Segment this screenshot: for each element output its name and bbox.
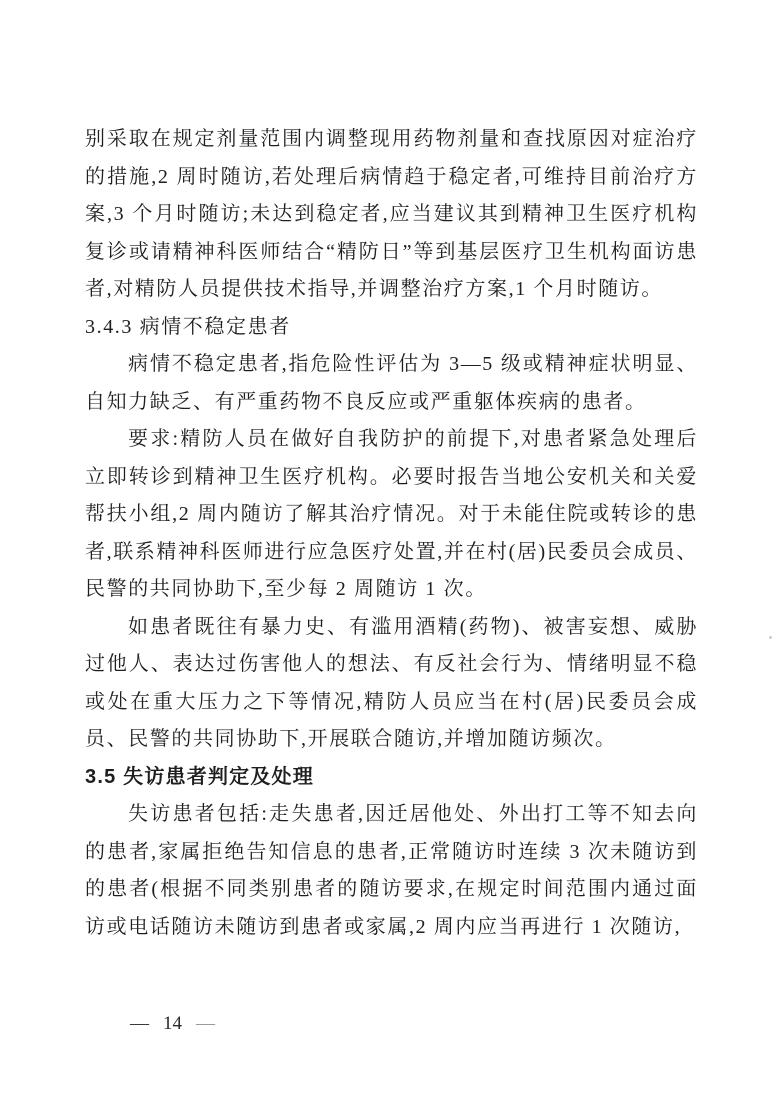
paragraph-treatment-adjustment: 别采取在规定剂量范围内调整现用药物剂量和查找原因对症治疗的措施,2 周时随访,若… <box>85 121 698 309</box>
document-page: 别采取在规定剂量范围内调整现用药物剂量和查找原因对症治疗的措施,2 周时随访,若… <box>0 0 782 1117</box>
paragraph-violence-history: 如患者既往有暴力史、有滥用酒精(药物)、被害妄想、威胁过他人、表达过伤害他人的想… <box>85 609 698 759</box>
section-heading-3-5-lost-patients: 3.5 失访患者判定及处理 <box>85 759 698 797</box>
footer-dash-left: — <box>130 1013 149 1034</box>
page-number: 14 <box>149 1013 196 1034</box>
paragraph-unstable-definition: 病情不稳定患者,指危险性评估为 3—5 级或精神症状明显、自知力缺乏、有严重药物… <box>85 346 698 421</box>
footer-dash-right: — <box>196 1013 215 1034</box>
section-heading-3-4-3-unstable-patients: 3.4.3 病情不稳定患者 <box>85 309 698 347</box>
page-footer: —14— <box>111 991 215 1057</box>
paragraph-lost-patients-definition: 失访患者包括:走失患者,因迁居他处、外出打工等不知去向的患者,家属拒绝告知信息的… <box>85 796 698 946</box>
paragraph-unstable-requirements: 要求:精防人员在做好自我防护的前提下,对患者紧急处理后立即转诊到精神卫生医疗机构… <box>85 421 698 609</box>
scan-speck-artifact <box>769 636 772 639</box>
document-content: 别采取在规定剂量范围内调整现用药物剂量和查找原因对症治疗的措施,2 周时随访,若… <box>85 121 698 946</box>
